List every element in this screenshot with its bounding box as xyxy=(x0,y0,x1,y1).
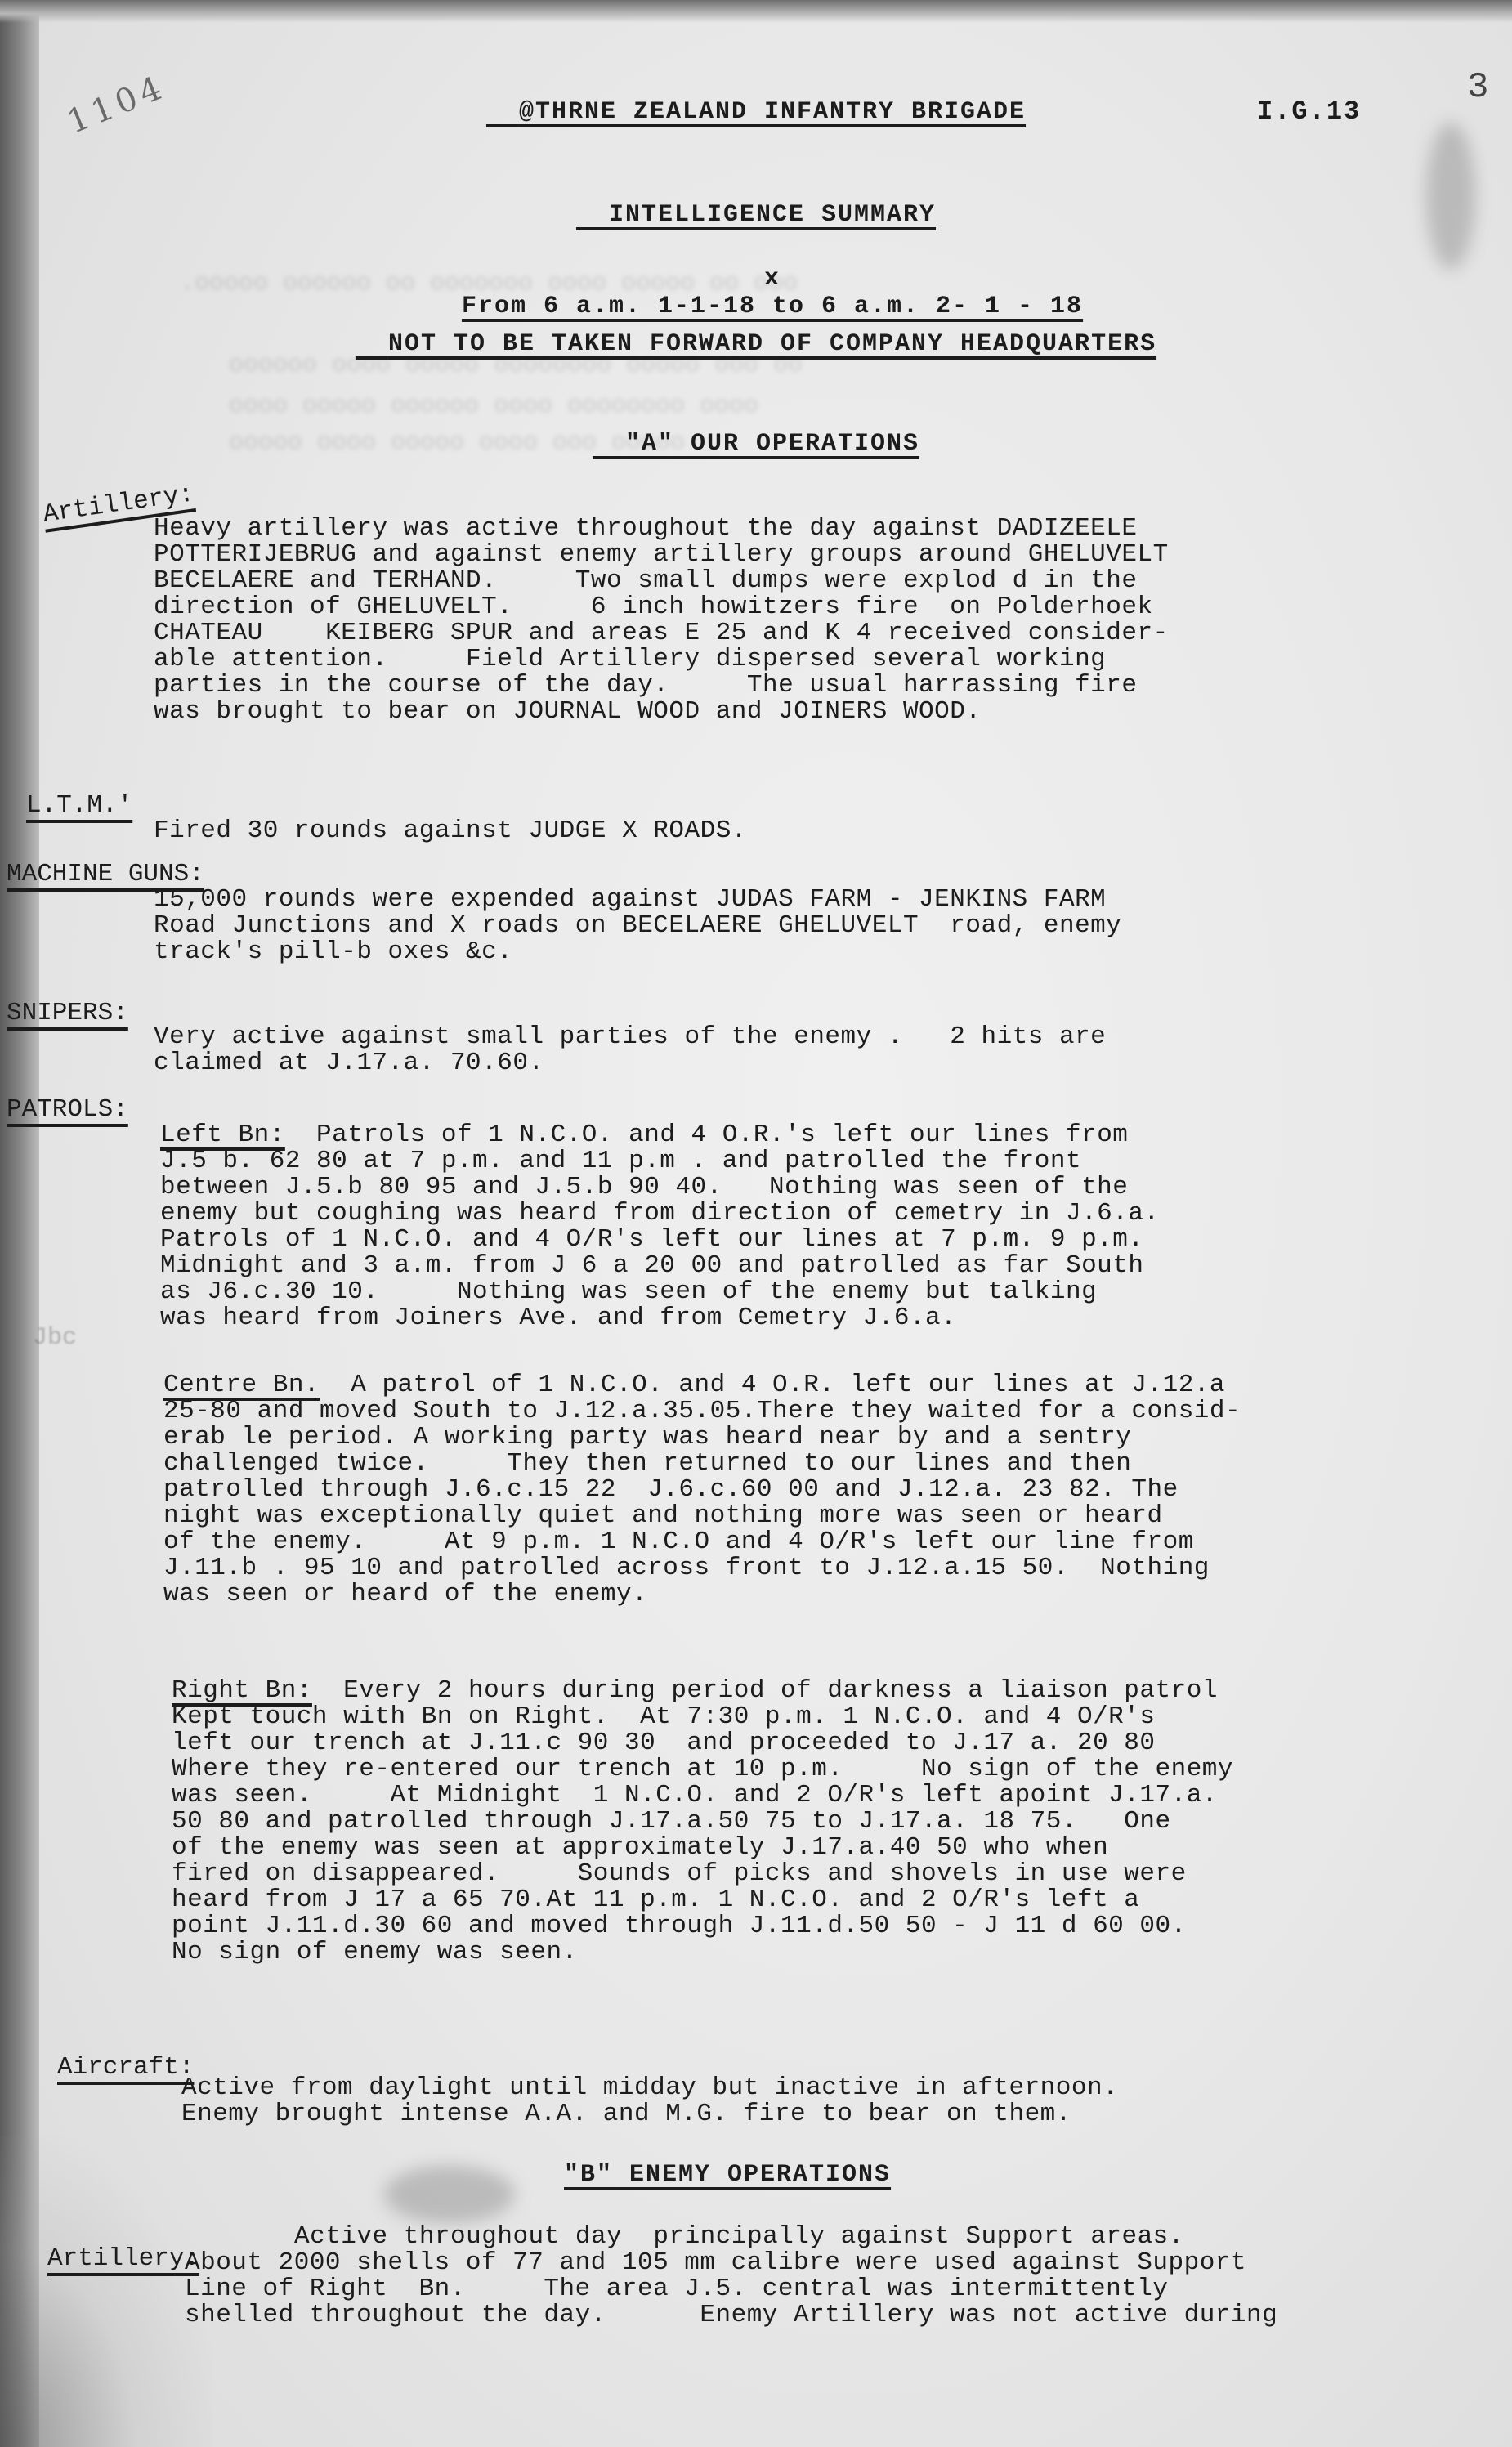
text-line: 50 80 and patrolled through J.17.a.50 75… xyxy=(172,1808,1171,1836)
text-line: able attention. Field Artillery disperse… xyxy=(154,646,1106,673)
text-line: Right Bn: Every 2 hours during period of… xyxy=(172,1677,1218,1705)
text-line: No sign of enemy was seen. xyxy=(172,1939,578,1966)
text-line: shelled throughout the day. Enemy Artill… xyxy=(185,2302,1277,2329)
text-line: of the enemy was seen at approximately J… xyxy=(172,1834,1108,1862)
section-a-heading-text: "A" OUR OPERATIONS xyxy=(625,430,919,458)
right-bn-label: Right Bn: xyxy=(172,1676,312,1705)
text-line: as J6.c.30 10. Nothing was seen of the e… xyxy=(160,1278,1097,1306)
summary-title-text: INTELLIGENCE SUMMARY xyxy=(609,201,936,229)
bottom-corner-shadow xyxy=(0,2136,212,2447)
text-line: Left Bn: Patrols of 1 N.C.O. and 4 O.R.'… xyxy=(160,1121,1128,1149)
text-line: erab le period. A working party was hear… xyxy=(163,1424,1131,1452)
text-line: Fired 30 rounds against JUDGE X ROADS. xyxy=(154,817,747,845)
text-line: POTTERIJEBRUG and against enemy artiller… xyxy=(154,541,1169,569)
ltm-label: L.T.M.' xyxy=(26,791,132,820)
text-line: 15,000 rounds were expended against JUDA… xyxy=(154,886,1106,914)
text-line: Midnight and 3 a.m. from J 6 a 20 00 and… xyxy=(160,1252,1144,1280)
text-line: track's pill-b oxes &c. xyxy=(154,938,512,966)
text-line: patrolled through J.6.c.15 22 J.6.c.60 0… xyxy=(163,1476,1179,1504)
section-b-heading: "B" ENEMY OPERATIONS xyxy=(564,2161,891,2189)
text-line: Active from daylight until midday but in… xyxy=(181,2074,1118,2102)
patrols-label: PATROLS: xyxy=(7,1095,128,1124)
text-line: Enemy brought intense A.A. and M.G. fire… xyxy=(181,2100,1071,2128)
text-line: Active throughout day principally agains… xyxy=(294,2223,1184,2251)
text-line: Road Junctions and X roads on BECELAERE … xyxy=(154,912,1121,940)
text-span: Patrols of 1 N.C.O. and 4 O.R.'s left ou… xyxy=(316,1121,1128,1149)
text-span: A patrol of 1 N.C.O. and 4 O.R. left our… xyxy=(351,1371,1225,1399)
text-line: J.5 b. 62 80 at 7 p.m. and 11 p.m . and … xyxy=(160,1147,1081,1175)
machine-guns-label: MACHINE GUNS: xyxy=(7,860,204,888)
text-line: direction of GHELUVELT. 6 inch howitzers… xyxy=(154,593,1153,621)
section-a-heading: "A" OUR OPERATIONS xyxy=(0,402,1512,458)
unit-title-text: @THRNE ZEALAND INFANTRY BRIGADE xyxy=(519,98,1026,126)
text-line: claimed at J.17.a. 70.60. xyxy=(154,1049,544,1077)
text-line: was seen or heard of the enemy. xyxy=(163,1581,647,1608)
text-line: About 2000 shells of 77 and 105 mm calib… xyxy=(185,2249,1246,2277)
text-line: CHATEAU KEIBERG SPUR and areas E 25 and … xyxy=(154,620,1169,647)
enemy-artillery-label: Artillery: xyxy=(47,2244,199,2273)
text-line: was heard from Joiners Ave. and from Cem… xyxy=(160,1304,956,1332)
text-line: was brought to bear on JOURNAL WOOD and … xyxy=(154,698,981,726)
text-line: Heavy artillery was active throughout th… xyxy=(154,515,1138,543)
restriction-notice: NOT TO BE TAKEN FORWARD OF COMPANY HEADQ… xyxy=(0,302,1512,358)
restriction-text: NOT TO BE TAKEN FORWARD OF COMPANY HEADQ… xyxy=(388,330,1156,358)
text-line: Centre Bn. A patrol of 1 N.C.O. and 4 O.… xyxy=(163,1371,1225,1399)
text-line: night was exceptionally quiet and nothin… xyxy=(163,1502,1163,1530)
date-prefix: x xyxy=(764,265,781,293)
text-line: Patrols of 1 N.C.O. and 4 O/R's left our… xyxy=(160,1226,1144,1254)
ink-smudge xyxy=(384,2166,515,2223)
text-line: BECELAERE and TERHAND. Two small dumps w… xyxy=(154,567,1138,595)
aircraft-label: Aircraft: xyxy=(57,2053,194,2082)
text-line: point J.11.d.30 60 and moved through J.1… xyxy=(172,1912,1187,1940)
binding-edge xyxy=(0,0,39,2447)
left-bn-label: Left Bn: xyxy=(160,1121,285,1149)
text-line: Kept touch with Bn on Right. At 7:30 p.m… xyxy=(172,1703,1156,1731)
top-edge-shadow xyxy=(0,0,1512,23)
summary-title: INTELLIGENCE SUMMARY xyxy=(0,173,1512,229)
text-line: left our trench at J.11.c 90 30 and proc… xyxy=(172,1729,1156,1757)
text-line: challenged twice. They then returned to … xyxy=(163,1450,1131,1478)
text-line: of the enemy. At 9 p.m. 1 N.C.O and 4 O/… xyxy=(163,1528,1194,1556)
text-line: 25-80 and moved South to J.12.a.35.05.Th… xyxy=(163,1398,1241,1425)
centre-bn-label: Centre Bn. xyxy=(163,1371,320,1399)
unit-title: @THRNE ZEALAND INFANTRY BRIGADE xyxy=(0,70,1512,126)
text-line: enemy but coughing was heard from direct… xyxy=(160,1200,1160,1228)
text-line: Line of Right Bn. The area J.5. central … xyxy=(185,2275,1169,2303)
snipers-label: SNIPERS: xyxy=(7,999,128,1027)
text-line: parties in the course of the day. The us… xyxy=(154,672,1138,700)
text-span: Every 2 hours during period of darkness … xyxy=(343,1676,1218,1705)
faint-margin-note: Jbc xyxy=(33,1324,77,1352)
text-line: Where they re-entered our trench at 10 p… xyxy=(172,1756,1233,1783)
text-line: heard from J 17 a 65 70.At 11 p.m. 1 N.C… xyxy=(172,1886,1139,1914)
text-line: J.11.b . 95 10 and patrolled across fron… xyxy=(163,1555,1210,1582)
text-line: fired on disappeared. Sounds of picks an… xyxy=(172,1860,1187,1888)
text-line: Very active against small parties of the… xyxy=(154,1023,1106,1051)
text-line: was seen. At Midnight 1 N.C.O. and 2 O/R… xyxy=(172,1782,1218,1810)
text-line: between J.5.b 80 95 and J.5.b 90 40. Not… xyxy=(160,1174,1128,1201)
